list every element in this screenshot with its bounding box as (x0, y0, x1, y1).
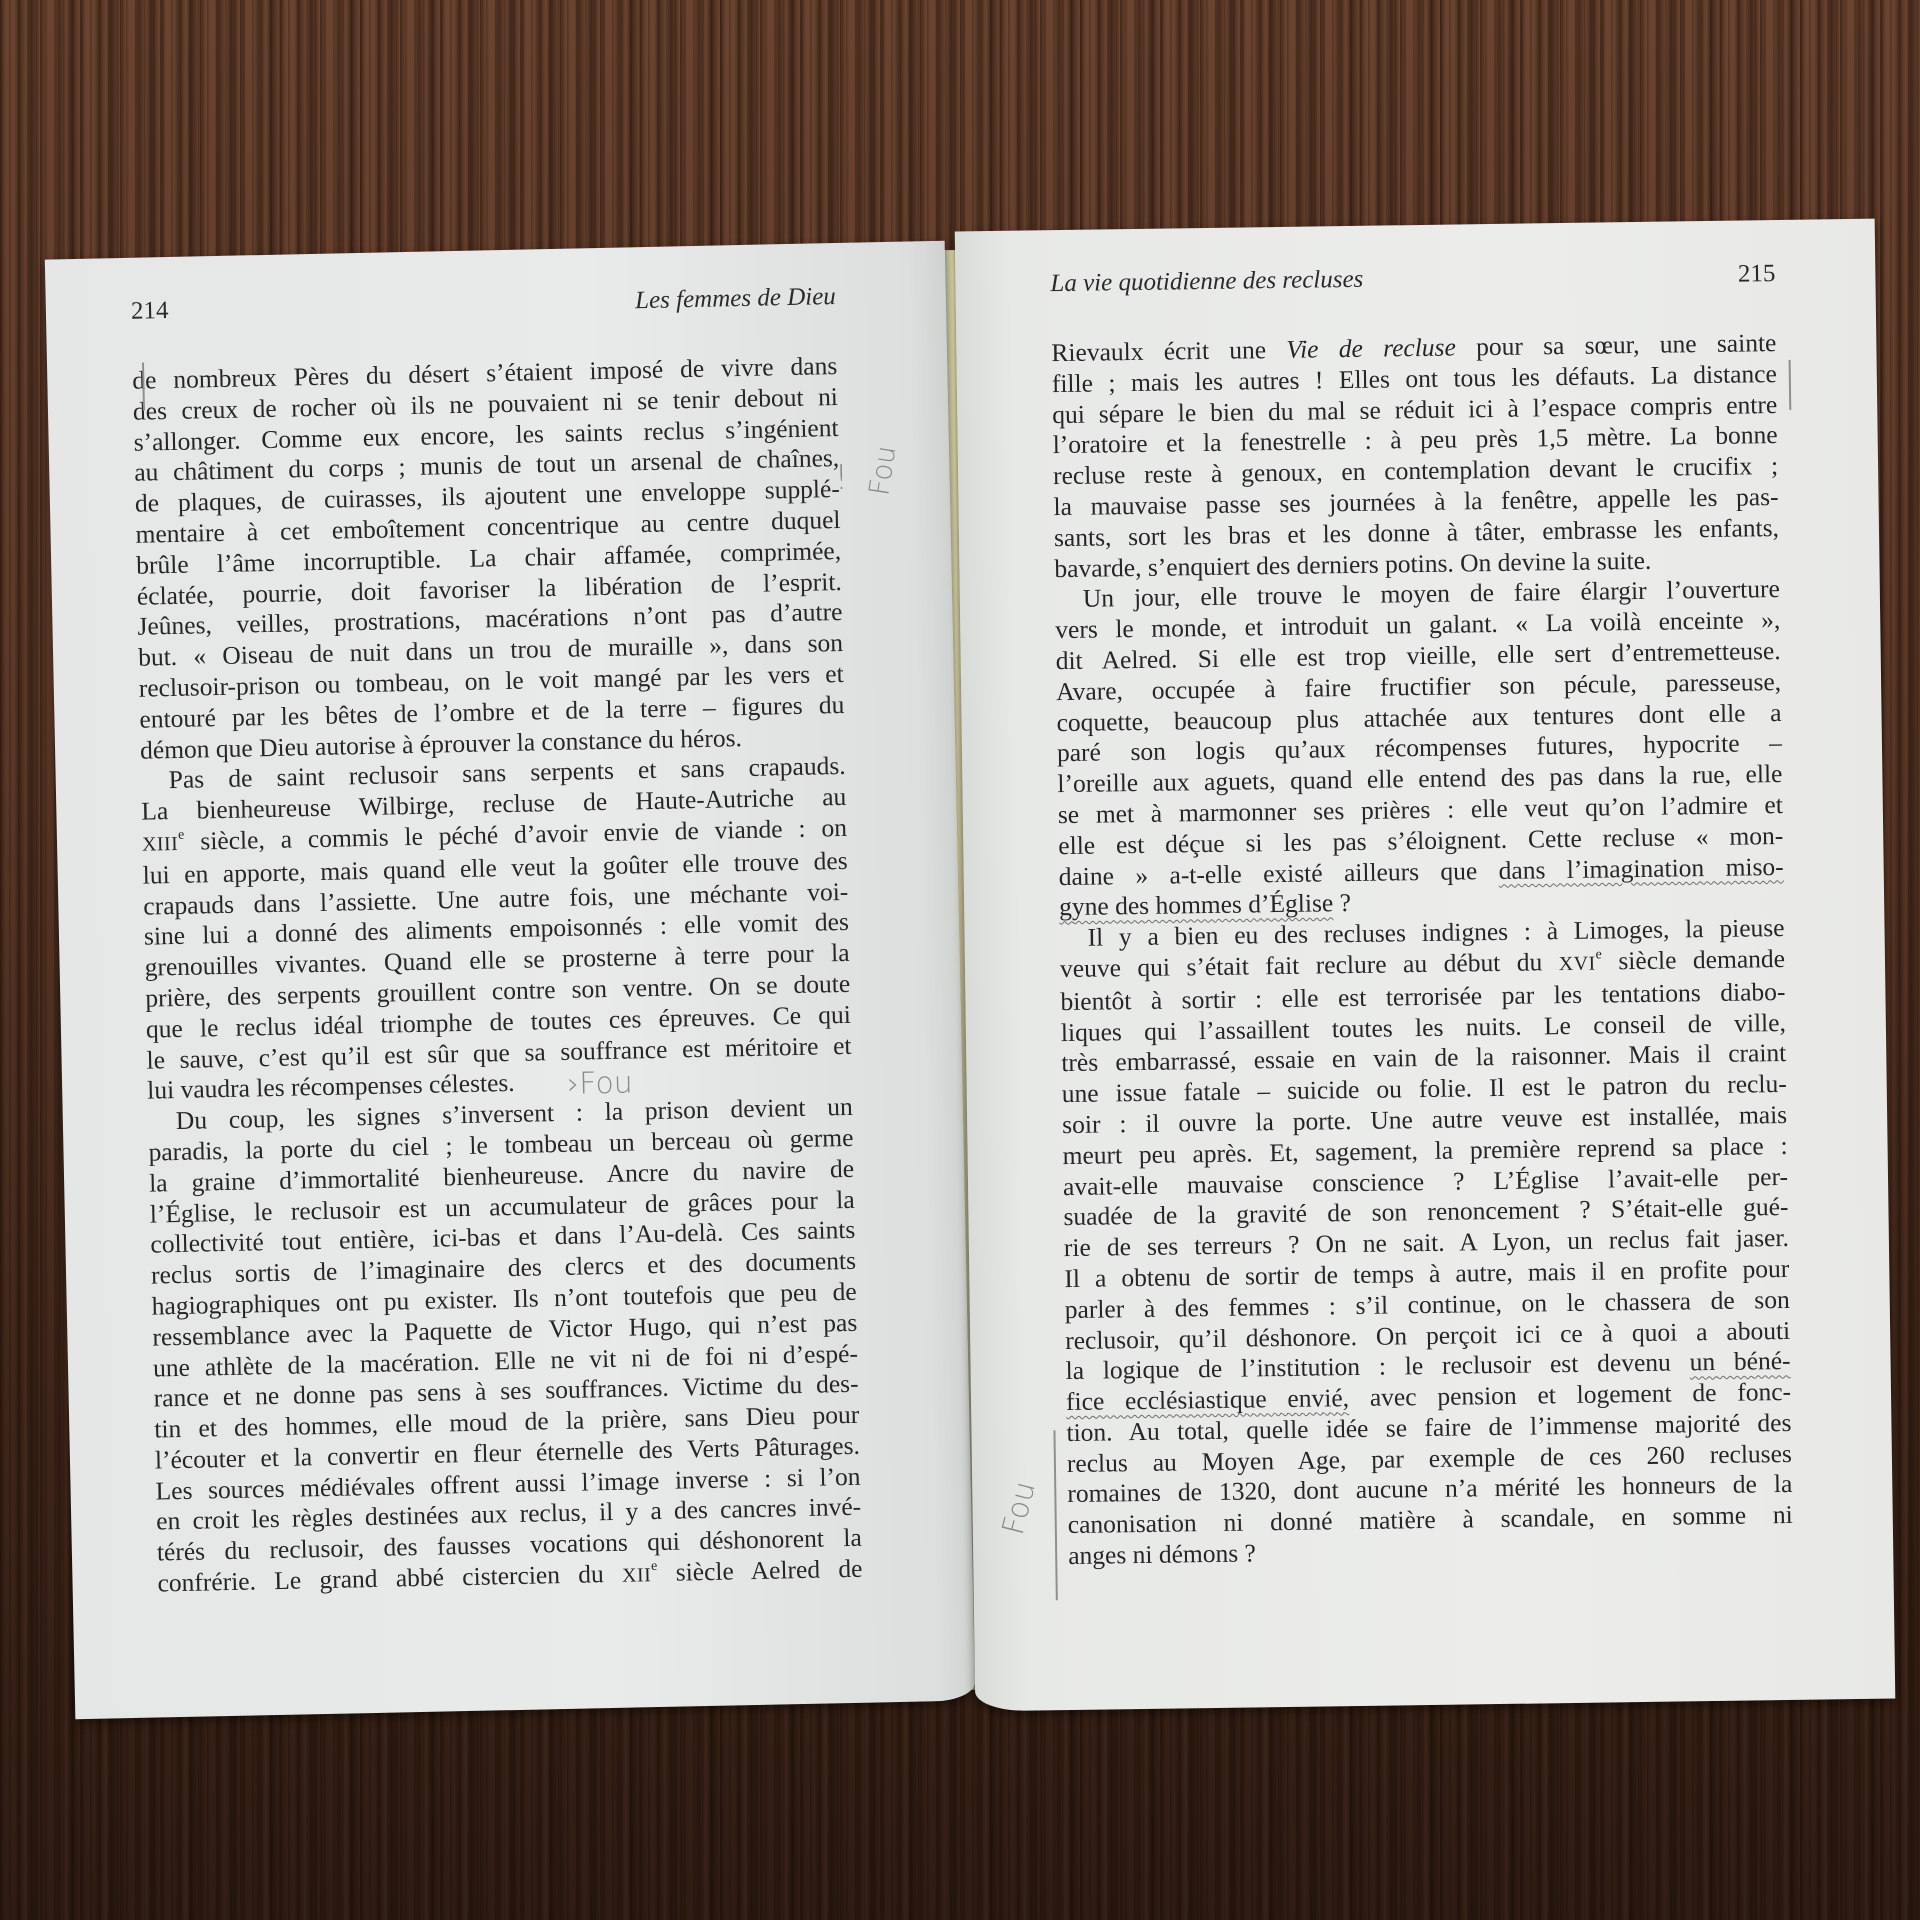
underlined-passage: gyne des hommes d’Église (1059, 889, 1333, 922)
underlined-passage: un béné- (1689, 1346, 1790, 1376)
pencil-exclamation-annotation: ! (834, 458, 848, 498)
left-running-head: 214 Les femmes de Dieu (131, 283, 837, 358)
page-number-left: 214 (131, 297, 169, 326)
pencil-margin-bracket (1053, 1430, 1057, 1600)
pencil-fou-margin-annotation: Fou (862, 443, 902, 497)
century-numeral: XIII (142, 833, 179, 856)
running-head-title-left: Les femmes de Dieu (635, 283, 836, 315)
underlined-passage: fice ecclésiastique envié, (1066, 1383, 1349, 1416)
open-book: 214 Les femmes de Dieu de nombreux Pères… (0, 0, 1920, 1920)
page-number-right: 215 (1738, 260, 1776, 289)
pencil-margin-mark (1789, 360, 1792, 410)
right-page: La vie quotidienne des recluses 215 Riev… (955, 219, 1896, 1712)
underlined-passage: dans l’imagination miso- (1498, 852, 1783, 885)
superscript-e: e (1595, 947, 1601, 962)
running-head-title-right: La vie quotidienne des recluses (1050, 266, 1363, 298)
left-body-text: de nombreux Pères du désert s’étaient im… (132, 351, 863, 1601)
pencil-fou-inline-annotation: ›Fou (567, 1065, 633, 1101)
left-page-content: 214 Les femmes de Dieu de nombreux Pères… (131, 283, 863, 1601)
right-body-text: Rievaulx écrit une Vie de recluse pour s… (1051, 328, 1793, 1572)
italic-book-title: Vie de recluse (1286, 333, 1456, 364)
left-page: 214 Les femmes de Dieu de nombreux Pères… (45, 241, 975, 1720)
right-page-content: La vie quotidienne des recluses 215 Riev… (1050, 260, 1793, 1572)
century-numeral: XVI (1559, 953, 1596, 976)
century-numeral: XII (622, 1564, 652, 1587)
superscript-e: e (178, 828, 185, 843)
superscript-e: e (651, 1559, 658, 1574)
right-running-head: La vie quotidienne des recluses 215 (1050, 260, 1776, 330)
pencil-fou-margin-annotation: Fou (996, 1478, 1043, 1539)
